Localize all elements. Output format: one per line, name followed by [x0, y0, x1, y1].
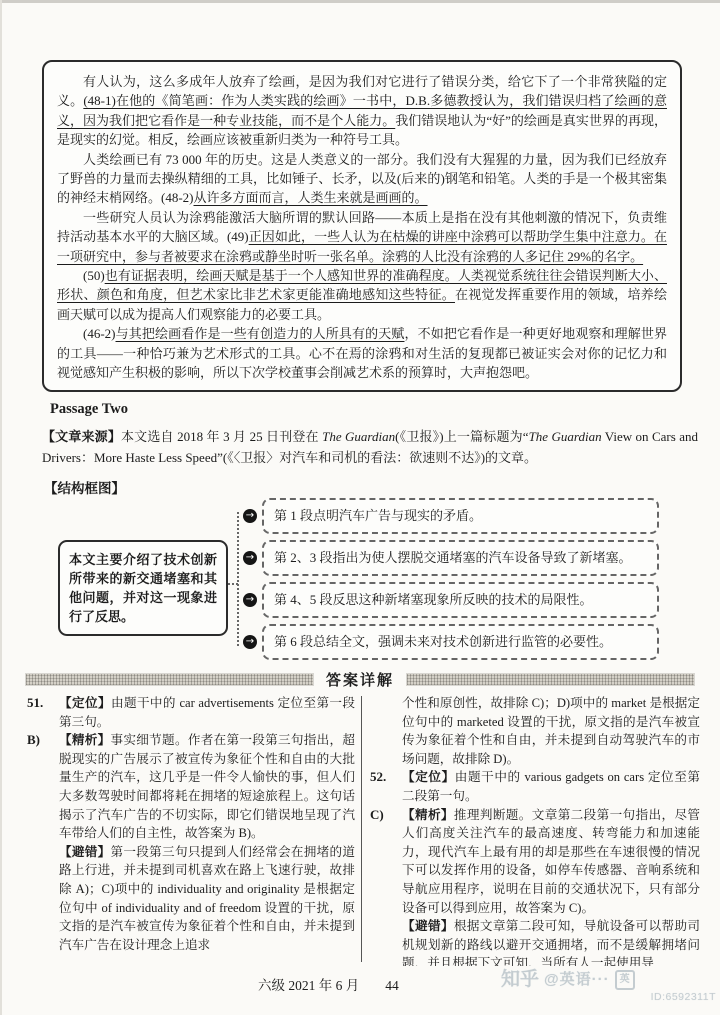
- text-segment: 事实细节题。作者在第一段第三句指出，超脱现实的广告展示了被宣传为象征个性和自由的…: [59, 733, 355, 840]
- header-strip-left: [25, 673, 314, 686]
- answer-block: 个性和原创性，故排除 C)；D)项中的 market 是根据定位句中的 mark…: [368, 694, 700, 768]
- arrow-bullet-icon: →: [243, 509, 257, 523]
- translation-box: 有人认为，这么多成年人放弃了绘画，是因为我们对它进行了错误分类，给它下了一个非常…: [42, 60, 682, 392]
- text-segment: The Guardian: [322, 429, 395, 444]
- watermark-handle: @英语···: [544, 972, 610, 989]
- answer-block: 51.【定位】由题干中的 car advertisements 定位至第一段第三…: [25, 694, 355, 731]
- answer-text: 【避错】根据文章第二段可知，导航设备可以帮助司机规划新的路线以避开交通拥堵，而不…: [402, 917, 700, 966]
- diagram-point: →第 4、5 段反思这种新堵塞现象所反映的技术的局限性。: [243, 582, 659, 618]
- answer-columns: 51.【定位】由题干中的 car advertisements 定位至第一段第三…: [25, 694, 700, 966]
- text-segment: market: [611, 696, 646, 710]
- translation-paragraph: 有人认为，这么多成年人放弃了绘画，是因为我们对它进行了错误分类，给它下了一个非常…: [57, 72, 667, 150]
- arrow-bullet-icon: →: [243, 593, 257, 607]
- column-divider: [361, 696, 362, 962]
- text-segment: 个性和原创性，故排除 C)；D)项中的: [402, 696, 611, 710]
- answer-marker: 51.: [25, 694, 59, 731]
- diagram-point-box: 第 1 段点明汽车广告与现实的矛盾。: [262, 498, 659, 534]
- answers-left: 51.【定位】由题干中的 car advertisements 定位至第一段第三…: [25, 694, 355, 966]
- zhihu-logo: 知乎: [501, 970, 539, 991]
- answer-marker: [25, 843, 59, 955]
- text-segment: The Guardian: [529, 429, 602, 444]
- text-segment: 【文章来源】: [42, 429, 121, 444]
- diagram-point-box: 第 2、3 段指出为使人摆脱交通堵塞的汽车设备导致了新堵塞。: [262, 540, 659, 576]
- text-segment: 【避错】: [59, 845, 111, 859]
- answer-text: 【精析】事实细节题。作者在第一段第三句指出，超脱现实的广告展示了被宣传为象征个性…: [59, 731, 355, 843]
- translation-paragraph: 一些研究人员认为涂鸦能激活大脑所谓的默认回路——本质上是指在没有其他刺激的情况下…: [57, 208, 667, 266]
- answer-marker: C): [368, 806, 402, 918]
- answer-text: 【精析】推理判断题。文章第二段第一句指出，尽管人们高度关注汽车的最高速度、转弯能…: [402, 806, 700, 918]
- answer-block: 【避错】根据文章第二段可知，导航设备可以帮助司机规划新的路线以避开交通拥堵，而不…: [368, 917, 700, 966]
- text-segment: 由题干中的: [455, 770, 525, 784]
- answer-text: 【避错】第一段第三句只提到人们经常会在拥堵的道路上行进，并未提到司机喜欢在路上飞…: [59, 843, 355, 955]
- connector-line: [237, 512, 239, 646]
- page-footer: 六级 2021 年 6 月44: [258, 974, 399, 994]
- footer-exam-label: 六级 2021 年 6 月: [258, 978, 359, 993]
- text-segment: car advertisements: [179, 696, 273, 710]
- passage-title: Passage Two: [50, 401, 128, 418]
- diagram-point: →第 1 段点明汽车广告与现实的矛盾。: [243, 498, 659, 534]
- translation-paragraph: (50)也有证据表明，绘画天赋是基于一个人感知世界的准确程度。人类视觉系统往往会…: [57, 266, 667, 324]
- watermark-id: ID:6592311T: [501, 992, 716, 1004]
- answer-text: 【定位】由题干中的 various gadgets on cars 定位至第二段…: [402, 768, 700, 805]
- answer-marker: [368, 694, 402, 768]
- text-segment: (《卫报》)上一篇标题为“: [395, 429, 528, 444]
- translation-paragraph: (46-2)与其把绘画看作是一些有创造力的人所具有的天赋，不如把它看作是一种更好…: [57, 324, 667, 382]
- text-segment: 【避错】: [402, 919, 454, 933]
- answer-marker: [368, 917, 402, 966]
- watermark-line: 知乎 @英语··· 英: [501, 970, 716, 991]
- text-segment: 【定位】: [402, 770, 455, 784]
- arrow-bullet-icon: →: [243, 551, 257, 565]
- answer-block: C)【精析】推理判断题。文章第二段第一句指出，尽管人们高度关注汽车的最高速度、转…: [368, 806, 700, 918]
- answer-block: 52.【定位】由题干中的 various gadgets on cars 定位至…: [368, 768, 700, 805]
- scan-edge-top: [0, 0, 720, 3]
- text-segment: (50): [83, 268, 105, 283]
- text-segment: 与其把绘画看作是一些有创造力的人所具有的天赋: [116, 326, 405, 341]
- diagram-point-box: 第 4、5 段反思这种新堵塞现象所反映的技术的局限性。: [262, 582, 659, 618]
- structure-diagram-label: 【结构框图】: [44, 477, 125, 497]
- footer-page-number: 44: [385, 978, 399, 993]
- answers-header-title: 答案详解: [326, 669, 394, 690]
- text-segment: 推理判断题。文章第二段第一句指出，尽管人们高度关注汽车的最高速度、转弯能力和加速…: [402, 808, 700, 915]
- text-segment: marketed: [457, 715, 504, 729]
- structure-diagram: 本文主要介绍了技术创新所带来的新交通堵塞和其他问题，并对这一现象进行了反思。 →…: [0, 496, 720, 671]
- text-segment: 本文选自 2018 年 3 月 25 日刊登在: [121, 429, 322, 444]
- text-segment: (46-2): [83, 326, 116, 341]
- text-segment: 【定位】: [59, 696, 111, 710]
- text-segment: individuality and originality: [157, 882, 299, 896]
- text-segment: 【精析】: [402, 808, 454, 822]
- text-segment: 由题干中的: [111, 696, 180, 710]
- answers-right: 个性和原创性，故排除 C)；D)项中的 market 是根据定位句中的 mark…: [368, 694, 700, 966]
- text-segment: 从许多方面而言，人类生来就是画画的。: [194, 190, 428, 205]
- text-segment: of individuality and of freedom: [101, 901, 261, 915]
- source-paragraph: 【文章来源】本文选自 2018 年 3 月 25 日刊登在 The Guardi…: [42, 426, 698, 468]
- answers-header-bar: 答案详解: [25, 670, 695, 688]
- diagram-point: →第 2、3 段指出为使人摆脱交通堵塞的汽车设备导致了新堵塞。: [243, 540, 659, 576]
- answer-marker: 52.: [368, 768, 402, 805]
- text-segment: various gadgets on cars: [524, 770, 644, 784]
- diagram-point: →第 6 段总结全文，强调未来对技术创新进行监管的必要性。: [243, 624, 659, 660]
- watermark: 知乎 @英语··· 英 ID:6592311T: [501, 970, 716, 1003]
- answer-text: 个性和原创性，故排除 C)；D)项中的 market 是根据定位句中的 mark…: [402, 694, 700, 768]
- text-segment: 【精析】: [59, 733, 111, 747]
- translation-paragraph: 人类绘画已有 73 000 年的历史。这是人类意义的一部分。我们没有大猩猩的力量…: [57, 150, 667, 208]
- arrow-bullet-icon: →: [243, 635, 257, 649]
- answer-block: B)【精析】事实细节题。作者在第一段第三句指出，超脱现实的广告展示了被宣传为象征…: [25, 731, 355, 843]
- summary-box: 本文主要介绍了技术创新所带来的新交通堵塞和其他问题，并对这一现象进行了反思。: [58, 540, 228, 636]
- watermark-avatar-icon: 英: [615, 970, 635, 990]
- answer-block: 【避错】第一段第三句只提到人们经常会在拥堵的道路上行进，并未提到司机喜欢在路上飞…: [25, 843, 355, 955]
- answer-text: 【定位】由题干中的 car advertisements 定位至第一段第三句。: [59, 694, 355, 731]
- header-strip-right: [406, 673, 695, 686]
- diagram-points: →第 1 段点明汽车广告与现实的矛盾。→第 2、3 段指出为使人摆脱交通堵塞的汽…: [243, 498, 659, 660]
- diagram-point-box: 第 6 段总结全文，强调未来对技术创新进行监管的必要性。: [262, 624, 659, 660]
- answer-marker: B): [25, 731, 59, 843]
